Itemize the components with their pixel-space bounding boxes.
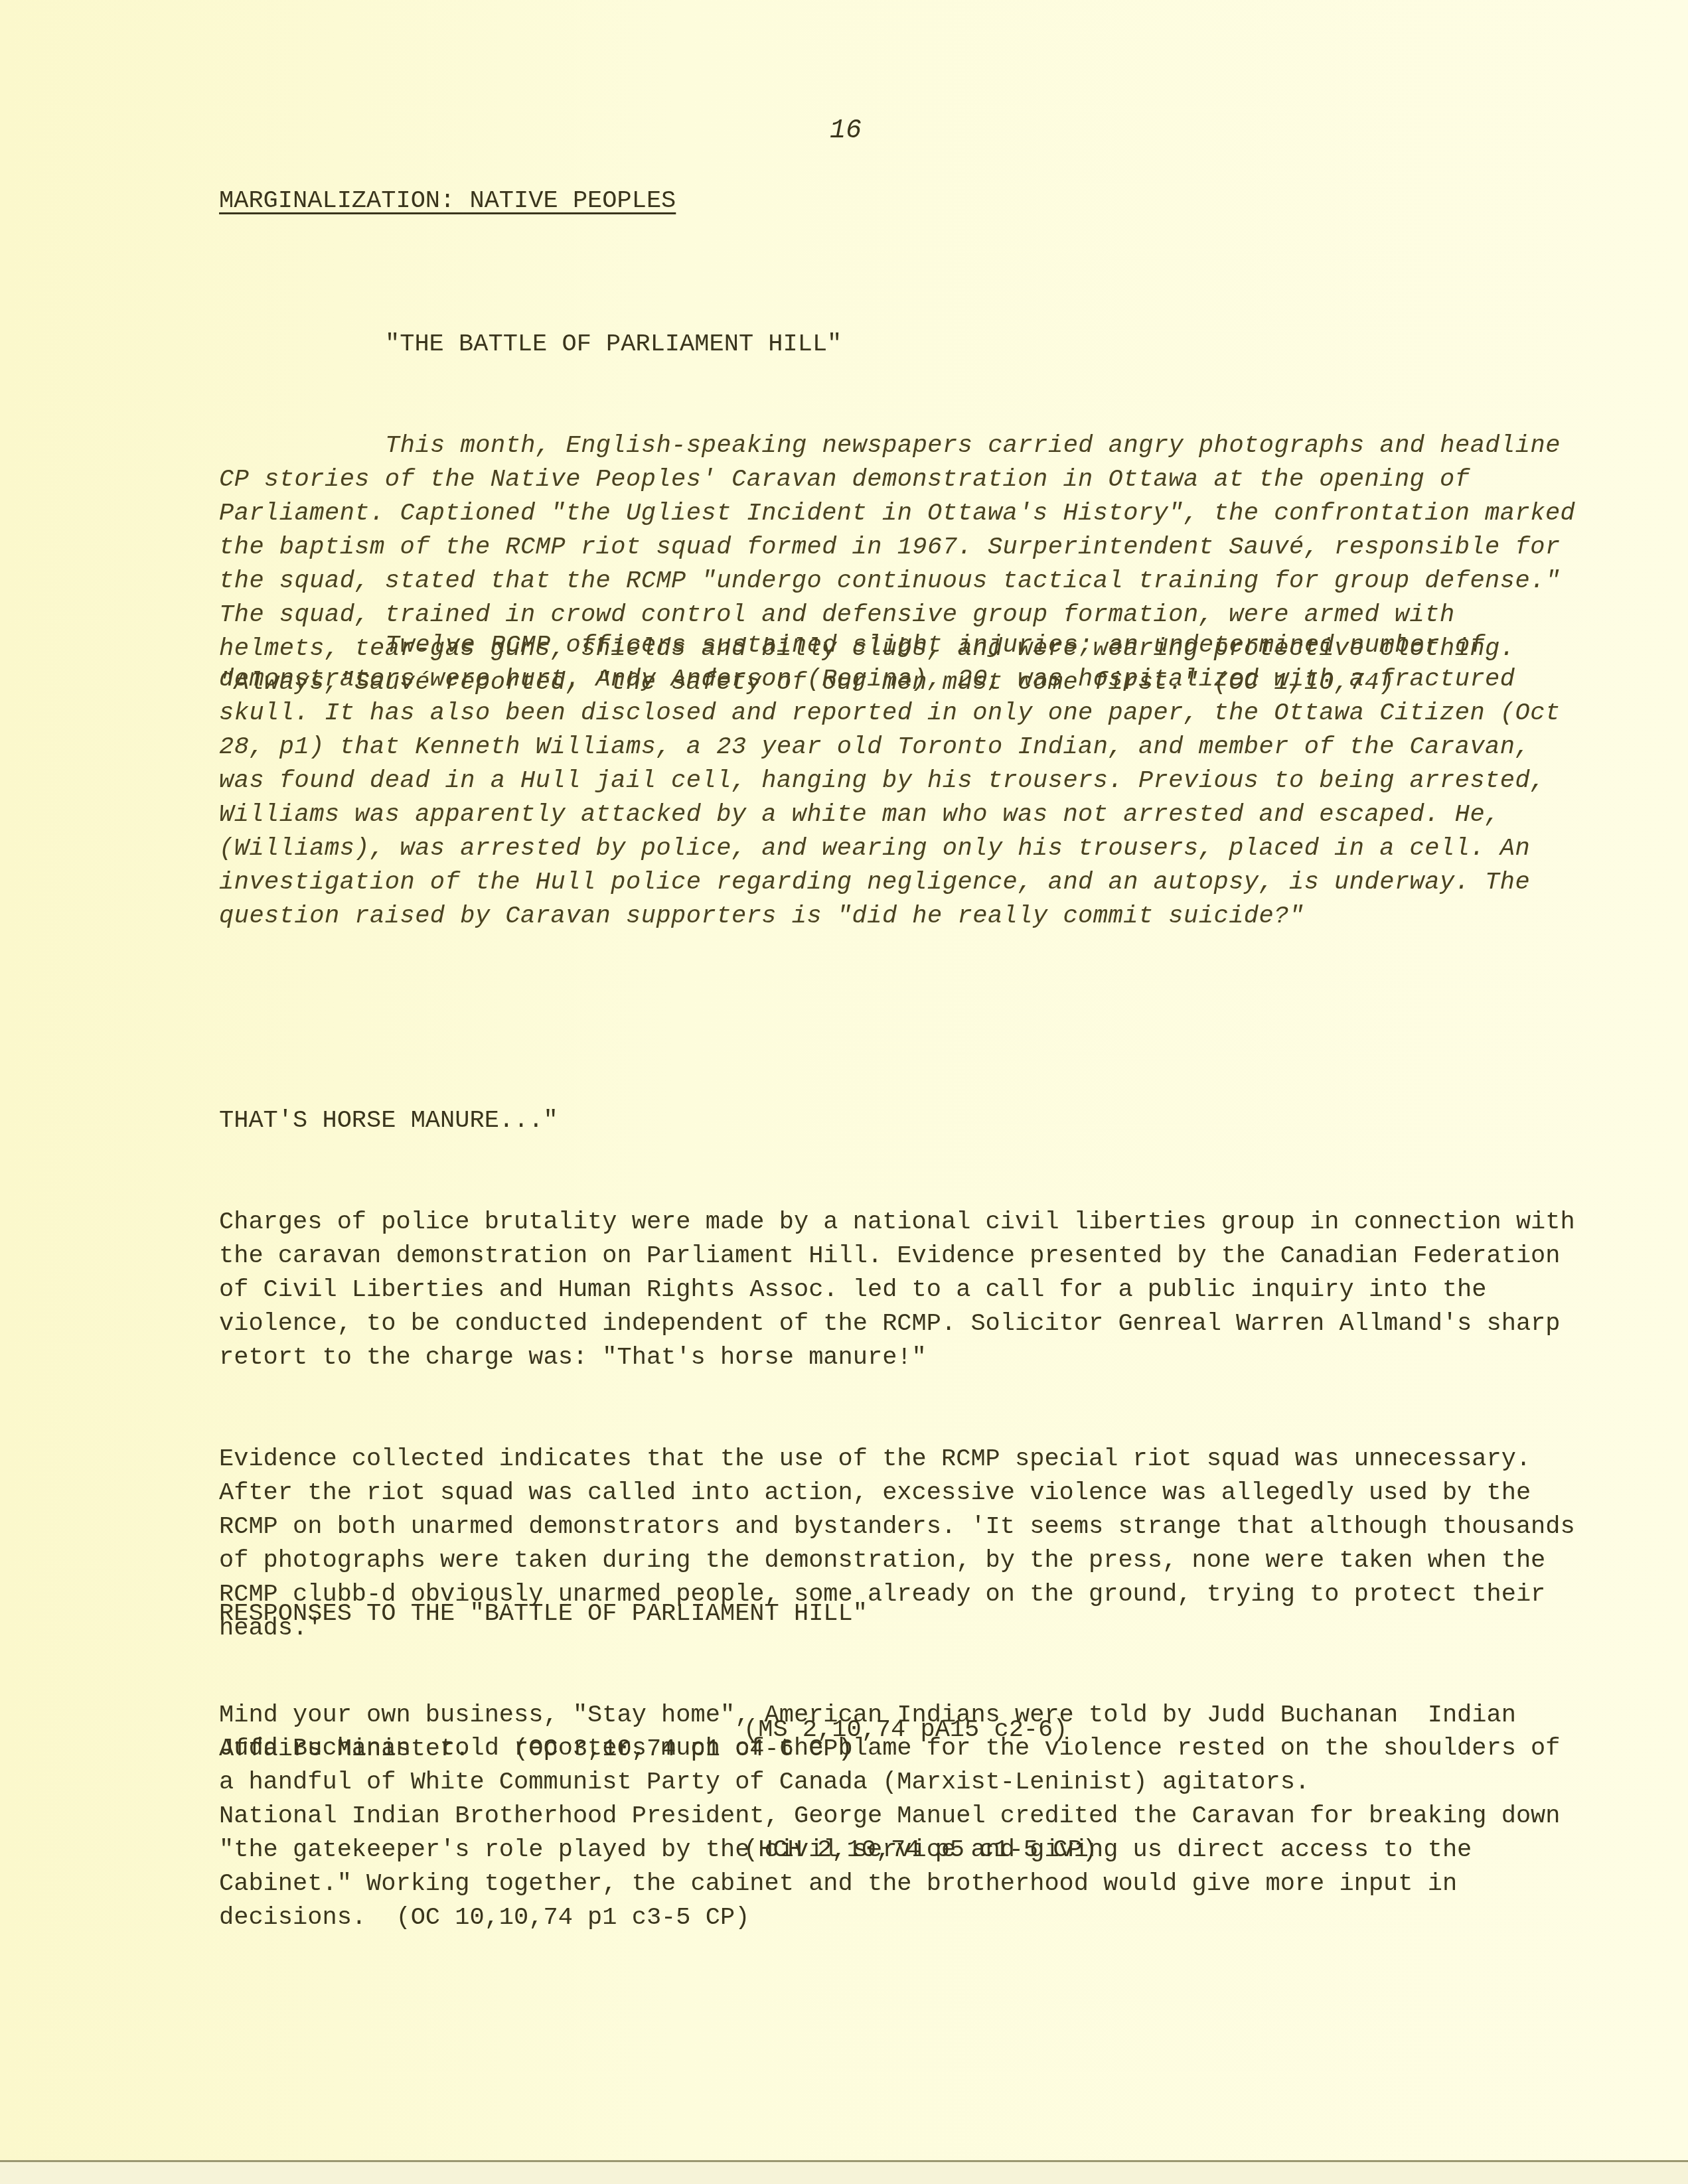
article-paragraph-manuel: National Indian Brotherhood President, G…	[219, 1800, 1580, 1935]
article-title: THAT'S HORSE MANURE..."	[219, 1104, 1580, 1138]
page-number: 16	[830, 116, 862, 146]
article-paragraph: Twelve RCMP officers sustained slight in…	[219, 629, 1580, 934]
article-title: RESPONSES TO THE "BATTLE OF PARLIAMENT H…	[219, 1597, 1580, 1631]
article-paragraph: Charges of police brutality were made by…	[219, 1206, 1580, 1375]
section-heading: MARGINALIZATION: NATIVE PEOPLES	[219, 184, 1580, 218]
section-heading-text: MARGINALIZATION: NATIVE PEOPLES	[219, 187, 676, 215]
page-edge	[0, 2162, 1688, 2184]
article-paragraph: Judd Buchanan told reporters much of the…	[219, 1732, 1580, 1800]
article-title: "THE BATTLE OF PARLIAMENT HILL"	[219, 328, 1580, 362]
